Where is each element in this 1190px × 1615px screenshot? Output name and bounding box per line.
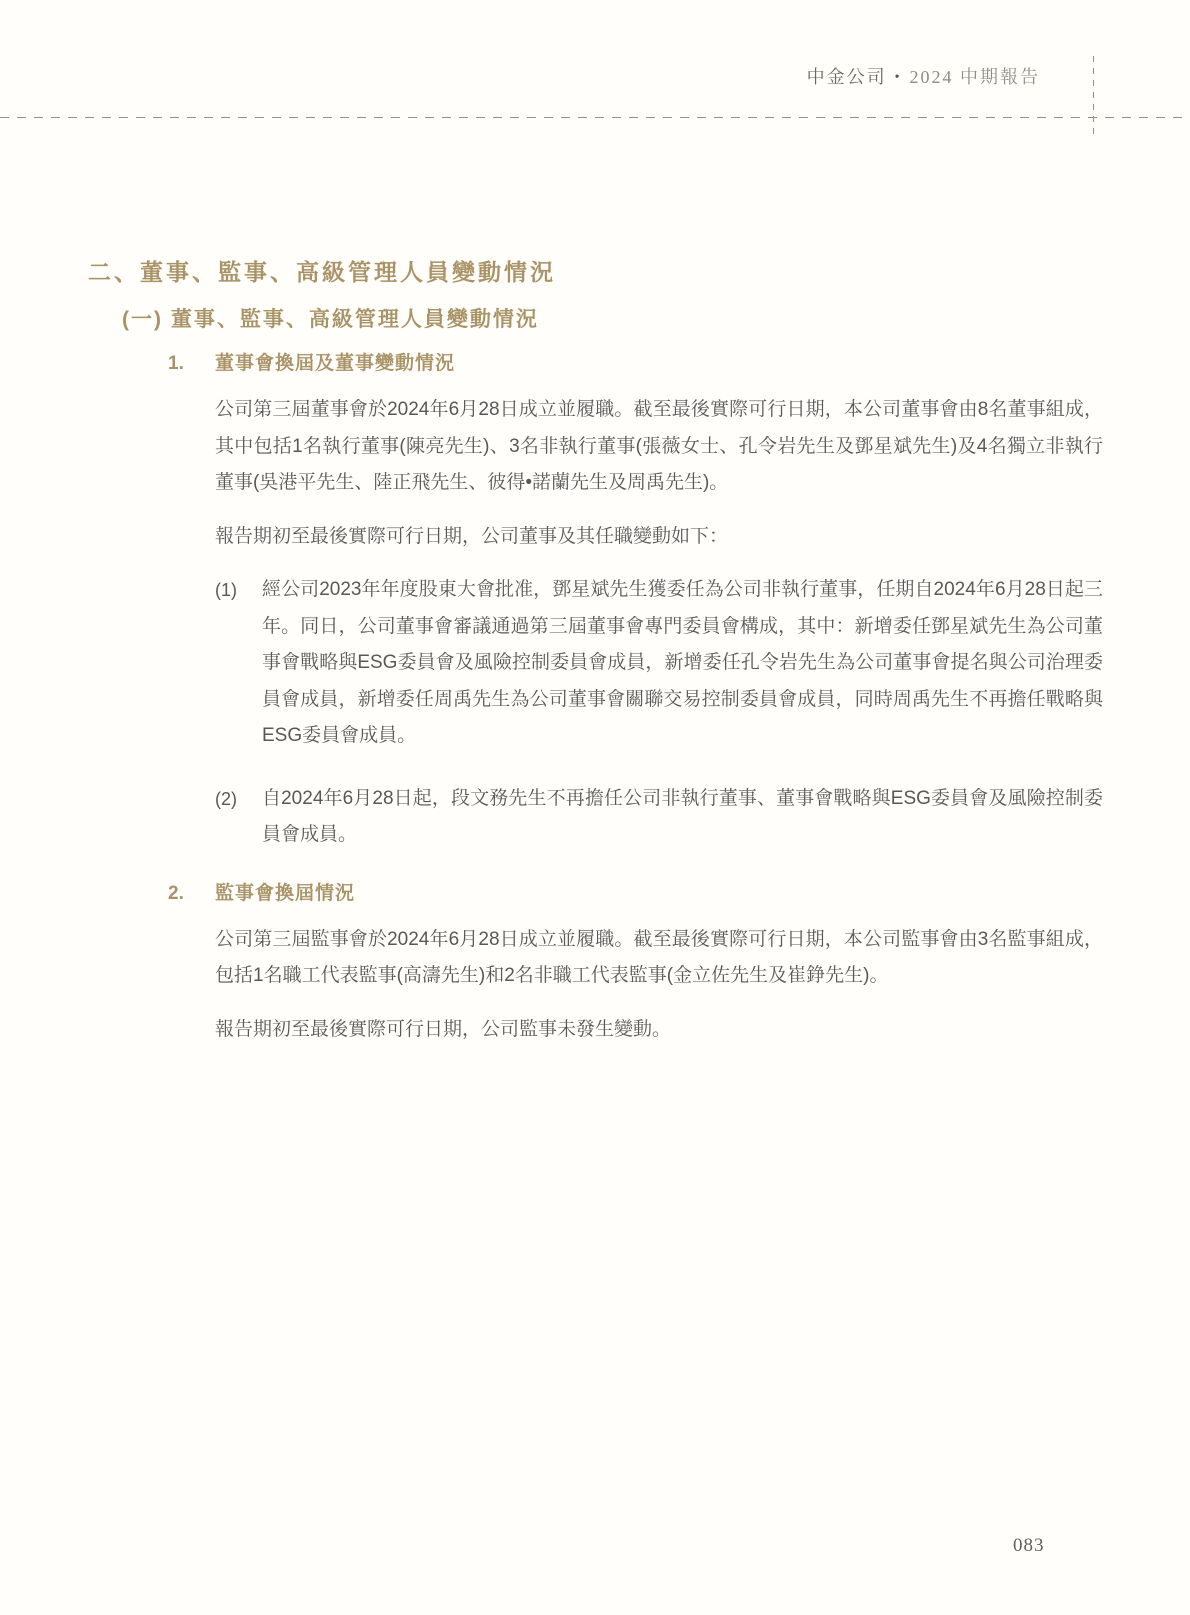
list-item-marker: (2): [215, 781, 237, 818]
subsection-supervisory-board: 2. 監事會換屆情況 公司第三屆監事會於2024年6月28日成立並履職。截至最後…: [88, 880, 1103, 1049]
subsection-title: 監事會換屆情況: [215, 880, 1103, 908]
subsection-title: 董事會換屆及董事變動情況: [215, 350, 1103, 378]
page-number: 083: [1013, 1535, 1045, 1557]
section-heading-level1: 二、董事、監事、高級管理人員變動情況: [88, 255, 1103, 289]
list-item-text: 自2024年6月28日起，段文務先生不再擔任公司非執行董事、董事會戰略與ESG委…: [262, 781, 1103, 854]
section-heading-level2: (一) 董事、監事、高級管理人員變動情況: [122, 305, 1103, 335]
subsection-body: 公司第三屆董事會於2024年6月28日成立並履職。截至最後實際可行日期，本公司董…: [215, 392, 1103, 854]
subsection-body: 公司第三屆監事會於2024年6月28日成立並履職。截至最後實際可行日期，本公司監…: [215, 922, 1103, 1049]
paragraph: 報告期初至最後實際可行日期，公司董事及其任職變動如下：: [215, 519, 1103, 556]
separator-dot-icon: •: [895, 70, 902, 85]
report-title: 2024 中期報告: [910, 67, 1041, 87]
paragraph: 公司第三屆董事會於2024年6月28日成立並履職。截至最後實際可行日期，本公司董…: [215, 392, 1103, 502]
list-item-text: 經公司2023年年度股東大會批准，鄧星斌先生獲委任為公司非執行董事，任期自202…: [262, 572, 1103, 755]
subsection-heading-row: 2. 監事會換屆情況: [88, 880, 1103, 908]
list-item: (2) 自2024年6月28日起，段文務先生不再擔任公司非執行董事、董事會戰略與…: [215, 781, 1103, 854]
subsection-board-changes: 1. 董事會換屆及董事變動情況 公司第三屆董事會於2024年6月28日成立並履職…: [88, 350, 1103, 854]
company-name: 中金公司: [807, 67, 887, 87]
subsection-heading-row: 1. 董事會換屆及董事變動情況: [88, 350, 1103, 378]
vertical-dashed-rule: [1093, 56, 1094, 140]
list-item: (1) 經公司2023年年度股東大會批准，鄧星斌先生獲委任為公司非執行董事，任期…: [215, 572, 1103, 755]
document-content: 二、董事、監事、高級管理人員變動情況 (一) 董事、監事、高級管理人員變動情況 …: [88, 255, 1103, 1065]
paragraph: 報告期初至最後實際可行日期，公司監事未發生變動。: [215, 1012, 1103, 1049]
numbered-list: (1) 經公司2023年年度股東大會批准，鄧星斌先生獲委任為公司非執行董事，任期…: [215, 572, 1103, 854]
subsection-number: 1.: [168, 350, 184, 378]
paragraph: 公司第三屆監事會於2024年6月28日成立並履職。截至最後實際可行日期，本公司監…: [215, 922, 1103, 995]
subsection-number: 2.: [168, 880, 184, 908]
horizontal-dashed-rule: [0, 117, 1190, 118]
report-page: 中金公司•2024 中期報告 二、董事、監事、高級管理人員變動情況 (一) 董事…: [0, 0, 1190, 1615]
running-head: 中金公司•2024 中期報告: [807, 63, 1040, 89]
list-item-marker: (1): [215, 572, 237, 609]
